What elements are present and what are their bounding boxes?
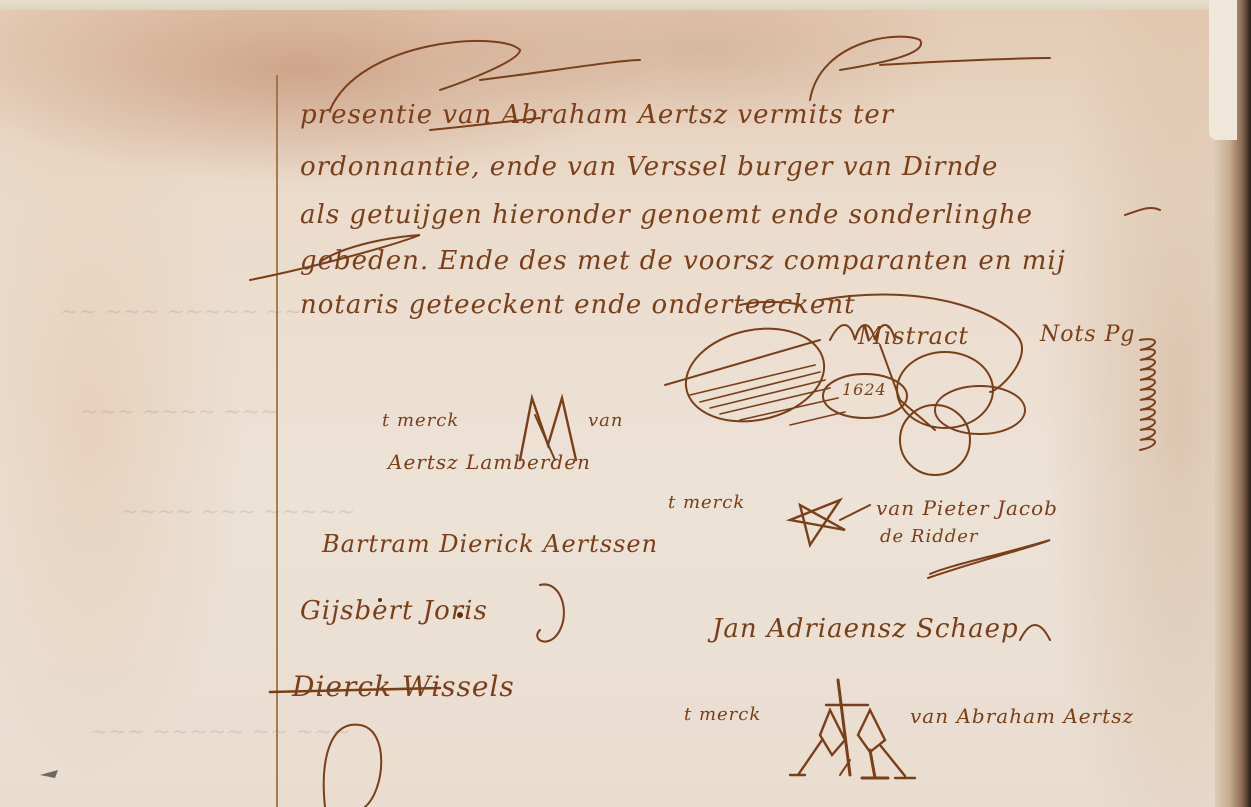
flourish-icon bbox=[330, 41, 520, 110]
ink-blot-icon bbox=[457, 612, 463, 618]
ink-smudge-icon bbox=[40, 770, 58, 778]
star-mark-icon bbox=[790, 500, 845, 545]
m-mark-icon bbox=[520, 398, 576, 460]
pen-flourishes bbox=[0, 0, 1251, 807]
coil-flourish-icon bbox=[1140, 339, 1155, 450]
